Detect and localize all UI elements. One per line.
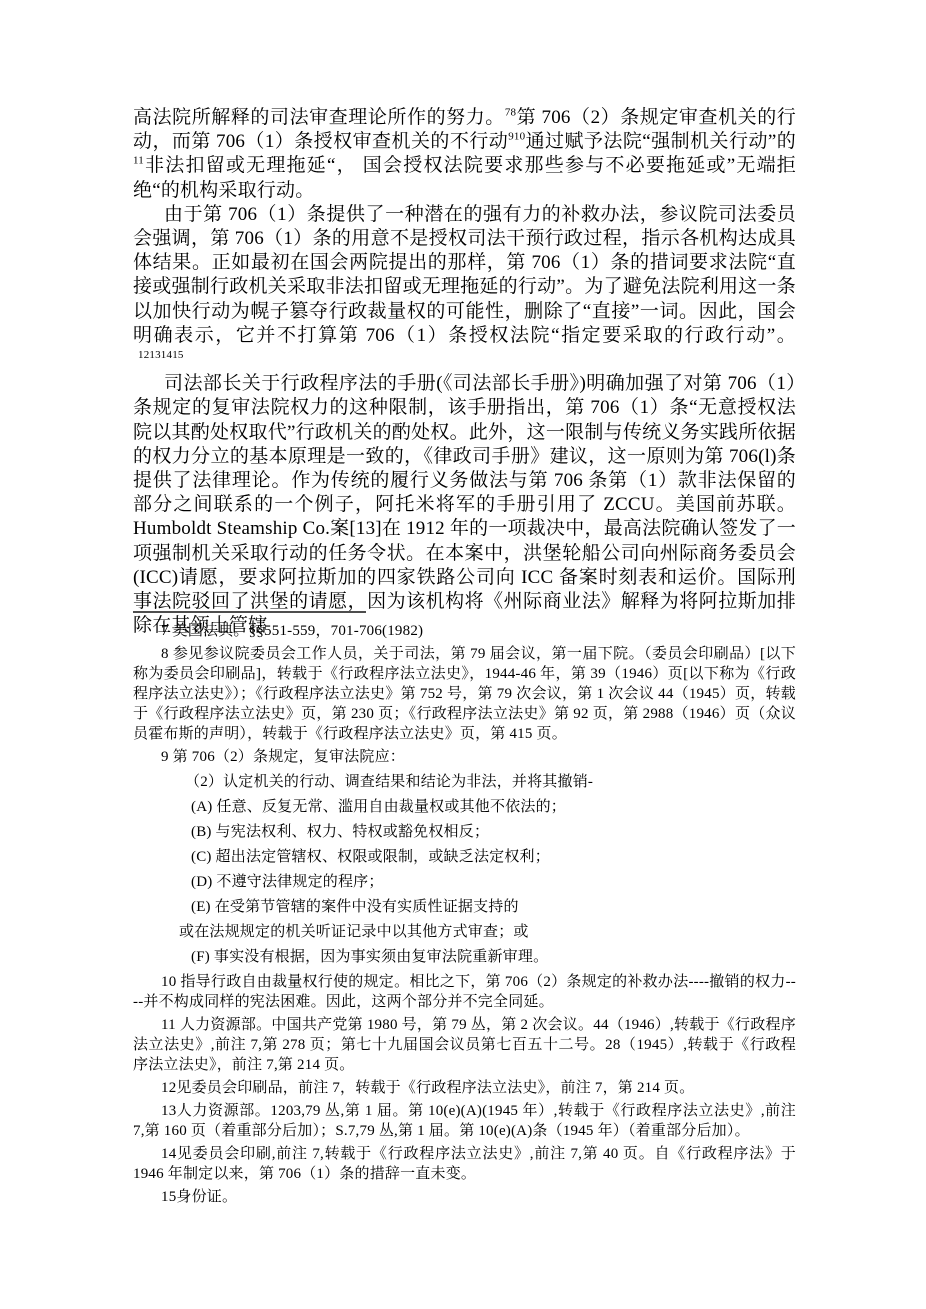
footnote-9-item-F: (F) 事实没有根据，因为事实须由复审法院重新审理。 — [191, 947, 796, 967]
footnote-9-item-2: （2）认定机关的行动、调查结果和结论为非法，并将其撤销- — [185, 772, 796, 792]
footnote-15: 15身份证。 — [133, 1187, 796, 1207]
footnote-12: 12见委员会印刷品，前注 7，转载于《行政程序法立法史》，前注 7，第 214 … — [133, 1078, 796, 1098]
footnote-7: 7 美国法典。§§551-559，701-706(1982) — [133, 621, 796, 641]
paragraph-1: 高法院所解释的司法审查理论所作的努力。78第 706（2）条规定审查机关的行动，… — [133, 106, 796, 203]
footnote-ref-910: 910 — [508, 131, 525, 143]
footnote-ref-12131415: 12131415 — [138, 349, 184, 361]
main-text-block: 高法院所解释的司法审查理论所作的努力。78第 706（2）条规定审查机关的行动，… — [133, 106, 796, 638]
body-text-run: 通过赋予法院“强制机关行动”的 — [525, 131, 796, 152]
body-text-run: 司法部长关于行政程序法的手册(《司法部长手册》)明确加强了对第 706（1）条规… — [133, 373, 796, 636]
footnote-11: 11 人力资源部。中国共产党第 1980 号，第 79 丛，第 2 次会议。44… — [133, 1015, 796, 1075]
footnote-9: 9 第 706（2）条规定，复审法院应： — [133, 747, 796, 767]
footnote-separator-rule — [133, 611, 366, 613]
footnote-ref-11: 11 — [133, 155, 144, 167]
footnote-ref-78: 78 — [505, 107, 516, 119]
paragraph-3: 司法部长关于行政程序法的手册(《司法部长手册》)明确加强了对第 706（1）条规… — [133, 372, 796, 638]
body-text-run: 非法扣留或无理拖延“， 国会授权法院要求那些参与不必要拖延或”无端拒绝“的机构采… — [133, 155, 796, 200]
footnote-9-item-D: (D) 不遵守法律规定的程序； — [191, 872, 796, 892]
body-text-run: 高法院所解释的司法审查理论所作的努力。 — [133, 107, 505, 128]
body-text-run: 由于第 706（1）条提供了一种潜在的强有力的补救办法，参议院司法委员会强调，第… — [133, 204, 796, 346]
footnote-10: 10 指导行政自由裁量权行使的规定。相比之下，第 706（2）条规定的补救办法-… — [133, 972, 796, 1012]
footnotes-section: 7 美国法典。§§551-559，701-706(1982) 8 参见参议院委员… — [133, 611, 796, 1210]
footnote-9-item-A: (A) 任意、反复无常、滥用自由裁量权或其他不依法的； — [191, 797, 796, 817]
footnote-8: 8 参见参议院委员会工作人员，关于司法，第 79 届会议，第一届下院。（委员会印… — [133, 644, 796, 744]
paragraph-2: 由于第 706（1）条提供了一种潜在的强有力的补救办法，参议院司法委员会强调，第… — [133, 203, 796, 372]
document-page: 高法院所解释的司法审查理论所作的努力。78第 706（2）条规定审查机关的行动，… — [0, 0, 926, 1309]
footnote-14: 14见委员会印刷,前注 7,转载于《行政程序法立法史》,前注 7,第 40 页。… — [133, 1144, 796, 1184]
footnote-9-item-E: (E) 在受第节管辖的案件中没有实质性证据支持的 — [191, 897, 796, 917]
footnote-13: 13人力资源部。1203,79 丛,第 1 届。第 10(e)(A)(1945 … — [133, 1101, 796, 1141]
footnote-9-item-E-continuation: 或在法规规定的机关听证记录中以其他方式审查；或 — [179, 922, 796, 942]
footnote-9-item-C: (C) 超出法定管辖权、权限或限制，或缺乏法定权利； — [191, 847, 796, 867]
footnote-9-item-B: (B) 与宪法权利、权力、特权或豁免权相反； — [191, 822, 796, 842]
